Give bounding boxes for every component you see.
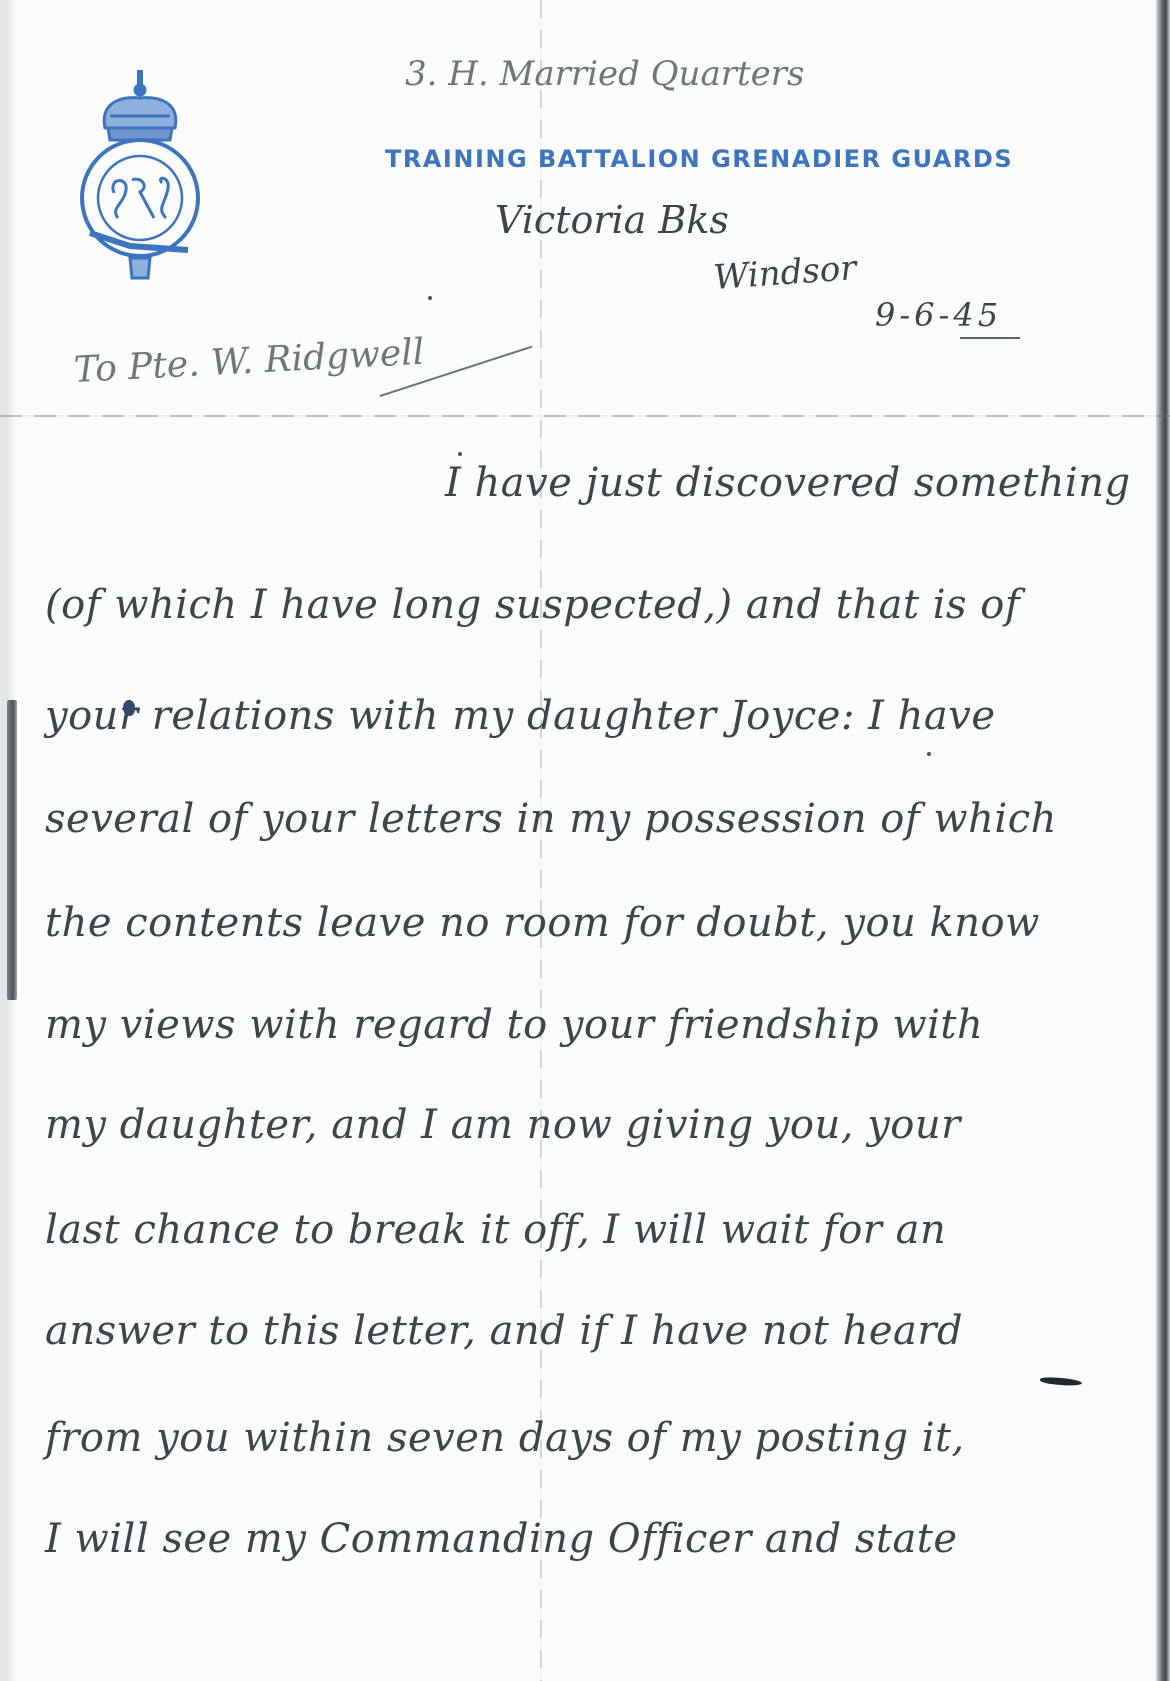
letterhead-title: TRAINING BATTALION GRENADIER GUARDS xyxy=(385,145,1013,173)
ink-smudge xyxy=(1040,1377,1082,1387)
letter-date: 9-6-45 xyxy=(875,296,1002,334)
horizontal-fold-line xyxy=(0,415,1170,417)
body-line: several of your letters in my possession… xyxy=(45,796,1057,842)
address-line-barracks: Victoria Bks xyxy=(495,198,729,242)
body-line: my daughter, and I am now giving you, yo… xyxy=(45,1102,961,1148)
page-right-edge xyxy=(1156,0,1170,1681)
royal-crest-icon: HONI SOIT QUI MAL Y PENSE xyxy=(70,68,210,288)
body-line: the contents leave no room for doubt, yo… xyxy=(45,900,1040,946)
ink-dot xyxy=(458,452,462,456)
body-line: last chance to break it off, I will wait… xyxy=(45,1207,946,1253)
body-line: from you within seven days of my posting… xyxy=(45,1415,965,1461)
ink-dot xyxy=(428,296,432,300)
body-line: your relations with my daughter Joyce: I… xyxy=(45,693,996,739)
address-line-town: Windsor xyxy=(712,248,858,298)
letter-page: HONI SOIT QUI MAL Y PENSE 3. H. Married … xyxy=(0,0,1170,1681)
ink-dot xyxy=(927,752,931,756)
ink-blot xyxy=(123,700,135,716)
body-line: I have just discovered something xyxy=(445,460,1131,506)
page-left-edge-shadow xyxy=(7,700,17,1000)
address-line-quarters: 3. H. Married Quarters xyxy=(405,54,804,94)
salutation: To Pte. W. Ridgwell xyxy=(73,332,425,391)
body-line: I will see my Commanding Officer and sta… xyxy=(45,1516,958,1562)
date-underline xyxy=(960,337,1020,339)
body-line: (of which I have long suspected,) and th… xyxy=(45,582,1020,628)
body-line: my views with regard to your friendship … xyxy=(45,1002,983,1048)
body-line: answer to this letter, and if I have not… xyxy=(45,1308,963,1354)
